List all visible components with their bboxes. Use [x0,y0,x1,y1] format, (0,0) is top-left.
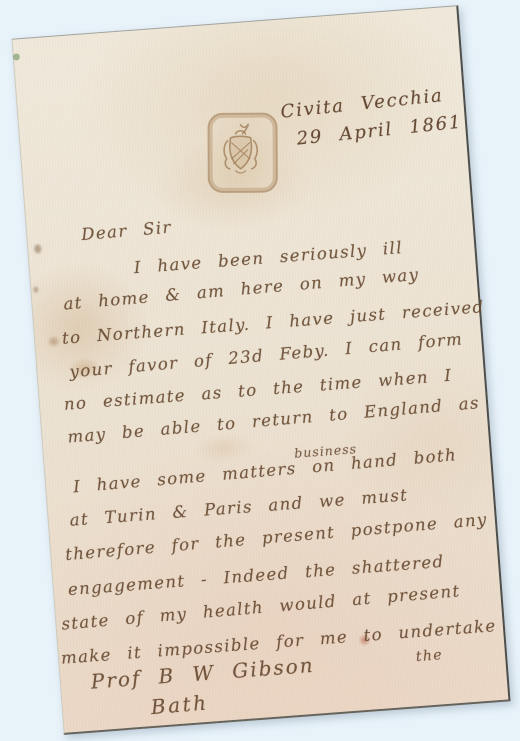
crest-icon [213,119,267,183]
docket-place: Bath [150,690,209,719]
ink-speck [33,286,38,292]
paper-stain [193,431,255,465]
catchword: the [415,647,443,665]
paper-stain [13,53,21,61]
scanned-letter-page: Civita Vecchia 29 April 1861 Dear Sir I … [0,0,520,741]
ink-speck [34,244,42,253]
salutation: Dear Sir [81,218,173,245]
letter-paper: Civita Vecchia 29 April 1861 Dear Sir I … [11,5,510,735]
embossed-crest-seal-icon [207,113,277,193]
ink-speck [49,337,59,346]
